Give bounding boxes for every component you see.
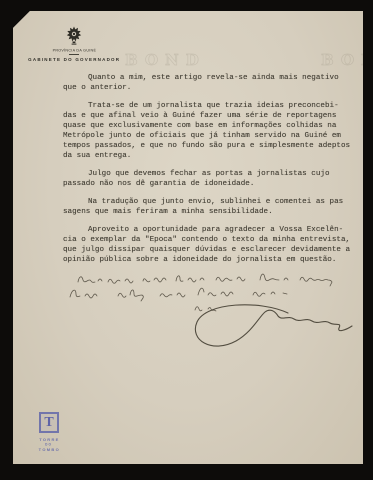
body-line: tempos passados, e que no fundo são pura… [63, 141, 361, 151]
stamp-frame: T [39, 412, 59, 433]
handwritten-note-line-1 [78, 274, 332, 286]
body-line: Julgo que devemos fechar as portas a jor… [63, 169, 361, 179]
body-line: opinião pública sobre a idoneidade do jo… [63, 255, 361, 265]
handwritten-closing-and-signature [48, 269, 363, 364]
stamp-label-tombo: TOMBO [38, 447, 59, 452]
body-line: passado não nos dê garantia de idoneidad… [63, 179, 361, 189]
coat-of-arms-icon [66, 26, 82, 46]
body-line: das e que afinal veio à Guiné fazer uma … [63, 111, 361, 121]
stamp-T-icon: T [44, 416, 53, 430]
handwritten-note-line-2 [70, 288, 287, 301]
body-line: que julgo dissipar quaisquer dúvidas e e… [63, 245, 361, 255]
body-line: Metrópole junto de oficiais que já tinha… [63, 131, 361, 141]
paragraph: Julgo que devemos fechar as portas a jor… [63, 169, 361, 189]
paper-watermark: BOND [321, 51, 373, 69]
torre-do-tombo-stamp: T TORRE DO TOMBO [35, 412, 79, 454]
scanned-letter-page: BOND BOND PROVÍNCIA DA GUINÉ GABINETE DO… [13, 11, 363, 464]
paragraph: Trata-se de um jornalista que trazia ide… [63, 101, 361, 161]
stamp-label-do: DO [46, 443, 53, 447]
body-line: que o anterior. [63, 83, 361, 93]
body-line: Aproveito a oportunidade para agradecer … [63, 225, 361, 235]
body-line: Trata-se de um jornalista que trazia ide… [63, 101, 361, 111]
body-line: Na tradução que junto envio, sublinhei e… [63, 197, 361, 207]
paragraph: Aproveito a oportunidade para agradecer … [63, 225, 361, 265]
letter-body: Quanto a mim, este artigo revela-se aind… [63, 73, 361, 273]
paragraph: Na tradução que junto envio, sublinhei e… [63, 197, 361, 217]
body-line: da sua entrega. [63, 151, 361, 161]
body-line: cia o exemplar da "Epoca" contendo o tex… [63, 235, 361, 245]
body-line: quase que exclusivamente com base em inf… [63, 121, 361, 131]
signature [195, 305, 352, 346]
paragraph: Quanto a mim, este artigo revela-se aind… [63, 73, 361, 93]
stamp-label-torre: TORRE [39, 437, 59, 442]
handwritten-note-line-3 [195, 307, 216, 311]
letterhead-department: GABINETE DO GOVERNADOR [28, 57, 120, 62]
paper-watermark: BOND [125, 51, 206, 69]
letterhead-office: PROVÍNCIA DA GUINÉ [52, 48, 96, 52]
body-line: Quanto a mim, este artigo revela-se aind… [63, 73, 361, 83]
body-line: sagens que mais feriram a minha sensibil… [63, 207, 361, 217]
